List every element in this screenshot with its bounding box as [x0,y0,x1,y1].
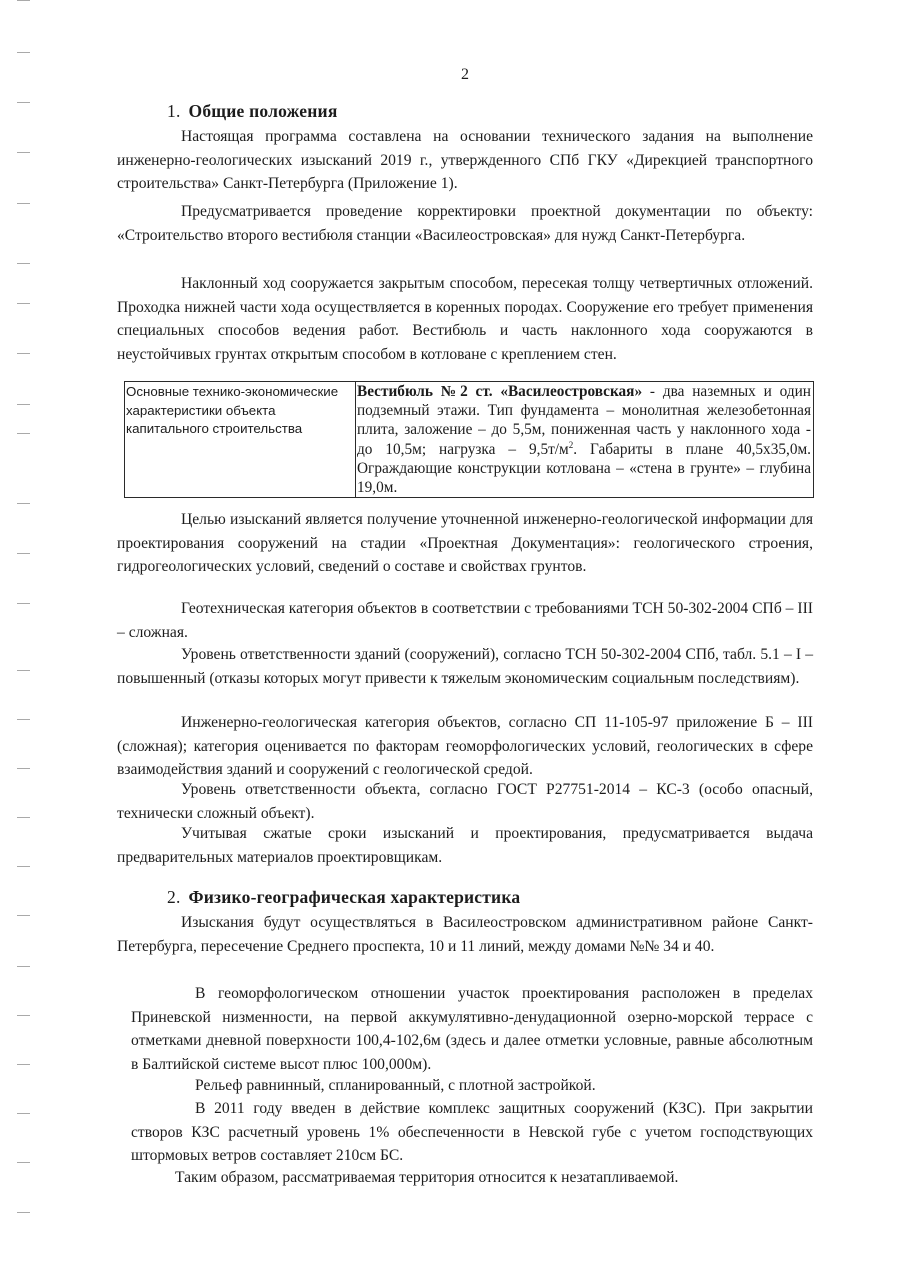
paragraph: Уровень ответственности зданий (сооружен… [117,643,813,690]
section-2-title: Физико-географическая характеристика [189,887,521,907]
table-label-cell: Основные технико-экономические характери… [125,382,356,498]
scan-mark [17,1212,30,1213]
paragraph: Учитывая сжатые сроки изысканий и проект… [117,822,813,869]
paragraph: Изыскания будут осуществляться в Василео… [117,911,813,958]
scan-mark [17,152,30,153]
paragraph: Таким образом, рассматриваемая территори… [131,1166,813,1190]
scan-margin-marks [17,0,31,1286]
paragraph: Целью изысканий является получение уточн… [117,508,813,579]
paragraph: Предусматривается проведение корректиров… [117,200,813,247]
scan-mark [17,1162,30,1163]
section-1-number: 1. [167,101,181,121]
scan-mark [17,0,30,1]
scan-mark [17,768,30,769]
paragraph: Инженерно-геологическая категория объект… [117,711,813,782]
section-2-heading: 2.Физико-географическая характеристика [167,887,520,908]
paragraph: Наклонный ход сооружается закрытым спосо… [117,272,813,366]
table-value-title: Вестибюль №2 ст. «Василеостровская» [357,383,642,400]
scan-mark [17,603,30,604]
scan-mark [17,404,30,405]
scan-mark [17,303,30,304]
paragraph: Уровень ответственности объекта, согласн… [117,778,813,825]
scan-mark [17,915,30,916]
scan-mark [17,1015,30,1016]
section-1-title: Общие положения [189,101,338,121]
table-value-cell: Вестибюль №2 ст. «Василеостровская» - дв… [356,382,814,498]
section-2-number: 2. [167,887,181,907]
scan-mark [17,503,30,504]
scan-mark [17,203,30,204]
scan-mark [17,52,30,53]
scan-mark [17,263,30,264]
scan-mark [17,433,30,434]
scan-mark [17,1064,30,1065]
scan-mark [17,966,30,967]
page-number: 2 [117,66,813,84]
scan-mark [17,866,30,867]
table-row: Основные технико-экономические характери… [125,382,814,498]
characteristics-table: Основные технико-экономические характери… [124,381,814,498]
scan-mark [17,670,30,671]
paragraph: Геотехническая категория объектов в соот… [117,597,813,644]
scan-mark [17,1113,30,1114]
paragraph: Настоящая программа составлена на основа… [117,125,813,196]
paragraph: В 2011 году введен в действие комплекс з… [131,1097,813,1168]
scan-mark [17,719,30,720]
paragraph: В геоморфологическом отношении участок п… [131,982,813,1076]
scan-mark [17,353,30,354]
paragraph: Рельеф равнинный, спланированный, с плот… [131,1074,813,1098]
scan-mark [17,817,30,818]
scan-mark [17,553,30,554]
section-1-heading: 1.Общие положения [167,101,338,122]
scan-mark [17,102,30,103]
